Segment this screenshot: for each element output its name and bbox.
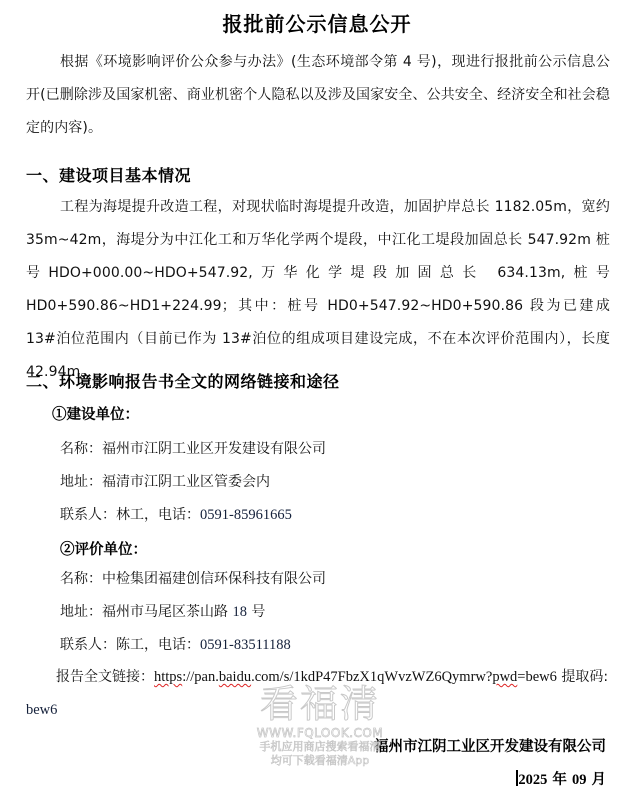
document-page: 报批前公示信息公开 根据《环境影响评价公众参与办法》(生态环境部令第 4 号)，… bbox=[0, 0, 634, 793]
name-label: 名称： bbox=[60, 571, 102, 587]
watermark-line-2: 均可下载看福清App bbox=[240, 754, 400, 768]
address-value: 福清市江阴工业区管委会内 bbox=[102, 474, 270, 490]
contact-label: 联系人： bbox=[60, 637, 116, 653]
contact-value: 陈工， bbox=[116, 637, 158, 653]
date-month: 09 bbox=[572, 772, 587, 788]
evaluation-unit-heading: ②评价单位： bbox=[60, 538, 147, 559]
date-month-unit: 月 bbox=[586, 771, 606, 788]
construction-unit-heading: ①建设单位： bbox=[52, 403, 139, 424]
phone-label: 电话： bbox=[158, 507, 200, 523]
evaluation-unit-address: 地址：福州市马尾区茶山路 18 号 bbox=[60, 601, 265, 621]
construction-unit-address: 地址：福清市江阴工业区管委会内 bbox=[60, 471, 270, 491]
phone-value: 0591-85961665 bbox=[200, 507, 292, 523]
intro-paragraph: 根据《环境影响评价公众参与办法》(生态环境部令第 4 号)，现进行报批前公示信息… bbox=[26, 46, 610, 145]
link-text-part[interactable]: ://pan. bbox=[182, 669, 219, 685]
signature-date: 2025 年 09 月 bbox=[516, 768, 606, 789]
report-link-row: 报告全文链接：https://pan.baidu.com/s/1kdP47Fbz… bbox=[26, 661, 610, 727]
link-text-part[interactable]: pwd bbox=[492, 669, 517, 685]
name-value: 中检集团福建创信环保科技有限公司 bbox=[102, 571, 326, 587]
link-text-part[interactable]: baidu bbox=[219, 669, 251, 685]
link-text-part[interactable]: =bew6 bbox=[517, 669, 557, 685]
phone-value: 0591-83511188 bbox=[200, 637, 291, 653]
address-label: 地址： bbox=[60, 604, 102, 620]
address-number: 18 bbox=[232, 604, 247, 620]
report-link-label: 报告全文链接： bbox=[56, 669, 154, 685]
date-year-unit: 年 bbox=[547, 771, 572, 788]
construction-unit-name: 名称：福州市江阴工业区开发建设有限公司 bbox=[60, 438, 326, 458]
section-2-heading: 二、环境影响报告书全文的网络链接和途径 bbox=[26, 369, 340, 392]
address-label: 地址： bbox=[60, 474, 102, 490]
signature-company: 福州市江阴工业区开发建设有限公司 bbox=[374, 735, 606, 756]
evaluation-unit-contact: 联系人：陈工，电话：0591-83511188 bbox=[60, 634, 291, 654]
address-suffix: 号 bbox=[247, 604, 265, 620]
address-prefix: 福州市马尾区茶山路 bbox=[102, 604, 232, 620]
construction-unit-contact: 联系人：林工，电话：0591-85961665 bbox=[60, 504, 292, 524]
phone-label: 电话： bbox=[158, 637, 200, 653]
date-year: 2025 bbox=[518, 772, 547, 788]
link-text-part[interactable]: https bbox=[154, 669, 182, 685]
evaluation-unit-name: 名称：中检集团福建创信环保科技有限公司 bbox=[60, 568, 326, 588]
name-label: 名称： bbox=[60, 441, 102, 457]
section-1-heading: 一、建设项目基本情况 bbox=[26, 163, 191, 186]
report-link[interactable]: https://pan.baidu.com/s/1kdP47FbzX1qWvzW… bbox=[154, 669, 557, 685]
section-1-body: 工程为海堤提升改造工程，对现状临时海堤提升改造，加固护岸总长 1182.05m，… bbox=[26, 191, 610, 389]
link-text-part[interactable]: .com/s/1kdP47FbzX1qWvzWZ6Qymrw? bbox=[251, 669, 492, 685]
extraction-code: bew6 bbox=[26, 702, 57, 718]
name-value: 福州市江阴工业区开发建设有限公司 bbox=[102, 441, 326, 457]
contact-label: 联系人： bbox=[60, 507, 116, 523]
extraction-code-label: 提取码: bbox=[557, 669, 608, 685]
contact-value: 林工， bbox=[116, 507, 158, 523]
page-title: 报批前公示信息公开 bbox=[0, 8, 634, 37]
